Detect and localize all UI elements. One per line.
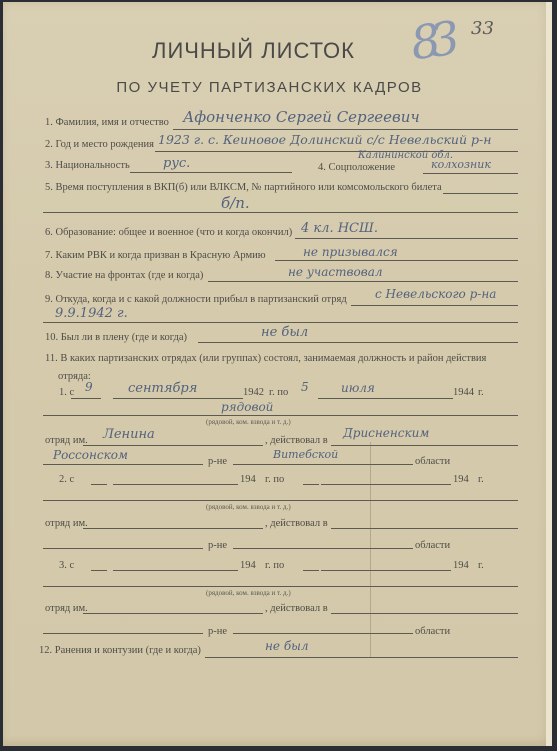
entry-1-district-line xyxy=(43,464,203,465)
field-1-value: Афонченко Сергей Сергеевич xyxy=(183,108,420,126)
entry-1-month-from: сентября xyxy=(128,381,197,396)
entry-1-district: Россонском xyxy=(53,448,128,462)
entry-1-day-to: 5 xyxy=(301,380,309,394)
entry-1-unit-line xyxy=(83,445,263,446)
field-4-label: 4. Соцположение xyxy=(318,162,395,173)
entry-2-acted-in-label: , действовал в xyxy=(265,518,328,529)
field-7-line xyxy=(275,260,518,261)
field-10-value: не был xyxy=(261,325,308,340)
field-1-label: 1. Фамилия, имя и отчество xyxy=(45,117,169,128)
archive-number-large: 83 xyxy=(407,12,453,71)
entry-3-acted-in-label: , действовал в xyxy=(265,603,328,614)
field-12-value: не был xyxy=(265,639,309,653)
entry-1-day-from: 9 xyxy=(85,380,93,394)
field-11-label: 11. В каких партизанских отрядах (или гр… xyxy=(45,353,486,364)
entry-1-acted-in-label: , действовал в xyxy=(265,435,328,446)
field-5-label: 5. Время поступления в ВКП(б) или ВЛКСМ,… xyxy=(45,182,442,193)
entry-2-unit-label: отряд им. xyxy=(45,518,88,529)
field-12-label: 12. Ранения и контузии (где и когда) xyxy=(39,645,201,656)
entry-1-position-line xyxy=(43,415,518,416)
entry-2-position-line xyxy=(43,500,518,501)
entry-2-day-to-line xyxy=(303,484,319,485)
entry-2-unit-line xyxy=(83,528,263,529)
entry-2-region-label: области xyxy=(415,540,450,551)
entry-1-region-label: области xyxy=(415,456,450,467)
entry-1-region-line xyxy=(233,464,413,465)
entry-3-month-to-line xyxy=(321,570,451,571)
document-subtitle: ПО УЧЕТУ ПАРТИЗАНСКИХ КАДРОВ xyxy=(0,79,544,96)
entry-1-month-to-line xyxy=(318,398,453,399)
entry-3-region-label: области xyxy=(415,626,450,637)
entry-1-unit-label: отряд им. xyxy=(45,435,88,446)
field-9-value-cont: 9.9.1942 г. xyxy=(55,306,128,321)
entry-2-district-line xyxy=(43,548,203,549)
field-8-label: 8. Участие на фронтах (где и когда) xyxy=(45,270,203,281)
entry-3-unit-line xyxy=(83,613,263,614)
entry-3-region-line xyxy=(233,633,413,634)
field-7-label: 7. Каким РВК и когда призван в Красную А… xyxy=(45,250,266,261)
field-5-value: б/п. xyxy=(221,194,250,212)
field-4-line xyxy=(423,173,518,174)
field-5-line-b xyxy=(43,212,518,213)
field-9-value: с Невельского р-на xyxy=(375,287,496,301)
entry-2-day-from-line xyxy=(91,484,107,485)
entry-1-district-label: р-не xyxy=(208,456,227,467)
entry-1-month-from-line xyxy=(113,398,243,399)
field-4-value: колхозник xyxy=(431,158,491,171)
entry-3-acted-in-line xyxy=(331,613,518,614)
field-2-label: 2. Год и место рождения xyxy=(45,139,154,150)
entry-1-acted-in-line xyxy=(331,445,518,446)
field-9-label: 9. Откуда, когда и с какой должности при… xyxy=(45,294,347,305)
paper-edge xyxy=(546,2,552,746)
field-2-line xyxy=(155,151,518,152)
entry-1-region: Витебской xyxy=(273,448,338,461)
field-1-line xyxy=(173,129,518,130)
field-3-label: 3. Национальность xyxy=(45,160,130,171)
entry-1-year-suffix: г. xyxy=(478,387,484,398)
entry-3-position-hint: (рядовой, ком. взвода и т. д.) xyxy=(206,589,291,597)
entry-2-month-to-line xyxy=(321,484,451,485)
field-3-value: рус. xyxy=(163,156,190,171)
entry-1-day-from-line xyxy=(71,398,101,399)
entry-2-district-label: р-не xyxy=(208,540,227,551)
entry-1-position-hint: (рядовой, ком. взвода и т. д.) xyxy=(206,418,291,426)
field-6-label: 6. Образование: общее и военное (что и к… xyxy=(45,227,292,238)
field-3-line xyxy=(130,172,292,173)
entry-1-acted-in: Дрисненским xyxy=(343,426,429,440)
entry-2-year-to: 194 xyxy=(453,474,469,485)
entry-3-year-suffix: г. xyxy=(478,560,484,571)
entry-2-acted-in-line xyxy=(331,528,518,529)
entry-2-year-suffix: г. xyxy=(478,474,484,485)
field-9-line-b xyxy=(43,322,518,323)
entry-1-position: рядовой xyxy=(221,400,273,414)
field-10-label: 10. Был ли в плену (где и когда) xyxy=(45,332,187,343)
entry-3-number: 3. с xyxy=(59,560,74,571)
entry-3-year-from: 194 xyxy=(240,560,256,571)
paper-fold-crease xyxy=(370,442,371,657)
entry-1-until-label: г. по xyxy=(269,387,288,398)
entry-3-day-to-line xyxy=(303,570,319,571)
entry-3-month-from-line xyxy=(113,570,238,571)
entry-1-month-to: июля xyxy=(341,381,375,395)
entry-2-month-from-line xyxy=(113,484,238,485)
entry-3-until-label: г. по xyxy=(265,560,284,571)
entry-2-until-label: г. по xyxy=(265,474,284,485)
field-5-line-a xyxy=(443,193,518,194)
entry-3-unit-label: отряд им. xyxy=(45,603,88,614)
entry-1-year-from: 1942 xyxy=(243,387,264,398)
entry-3-day-from-line xyxy=(91,570,107,571)
field-6-value: 4 кл. НСШ. xyxy=(301,221,378,236)
entry-1-year-to: 1944 xyxy=(453,387,474,398)
field-6-line xyxy=(295,238,518,239)
field-10-line xyxy=(198,342,518,343)
field-7-value: не призывался xyxy=(303,245,398,259)
field-8-value: не участвовал xyxy=(288,265,383,279)
entry-3-position-line xyxy=(43,586,518,587)
entry-3-district-label: р-не xyxy=(208,626,227,637)
field-2-value: 1923 г. с. Кеиновое Долинский с/с Невель… xyxy=(158,132,491,147)
entry-2-region-line xyxy=(233,548,413,549)
field-9-line-a xyxy=(351,305,518,306)
field-12-line xyxy=(205,657,518,658)
archive-number-small: 33 xyxy=(471,18,494,39)
field-8-line xyxy=(208,281,518,282)
entry-2-position-hint: (рядовой, ком. взвода и т. д.) xyxy=(206,503,291,511)
entry-2-year-from: 194 xyxy=(240,474,256,485)
entry-3-year-to: 194 xyxy=(453,560,469,571)
entry-1-unit: Ленина xyxy=(103,427,155,442)
entry-3-district-line xyxy=(43,633,203,634)
entry-2-number: 2. с xyxy=(59,474,74,485)
document-page: ЛИЧНЫЙ ЛИСТОК ПО УЧЕТУ ПАРТИЗАНСКИХ КАДР… xyxy=(3,2,552,746)
entry-1-number: 1. с xyxy=(59,387,74,398)
